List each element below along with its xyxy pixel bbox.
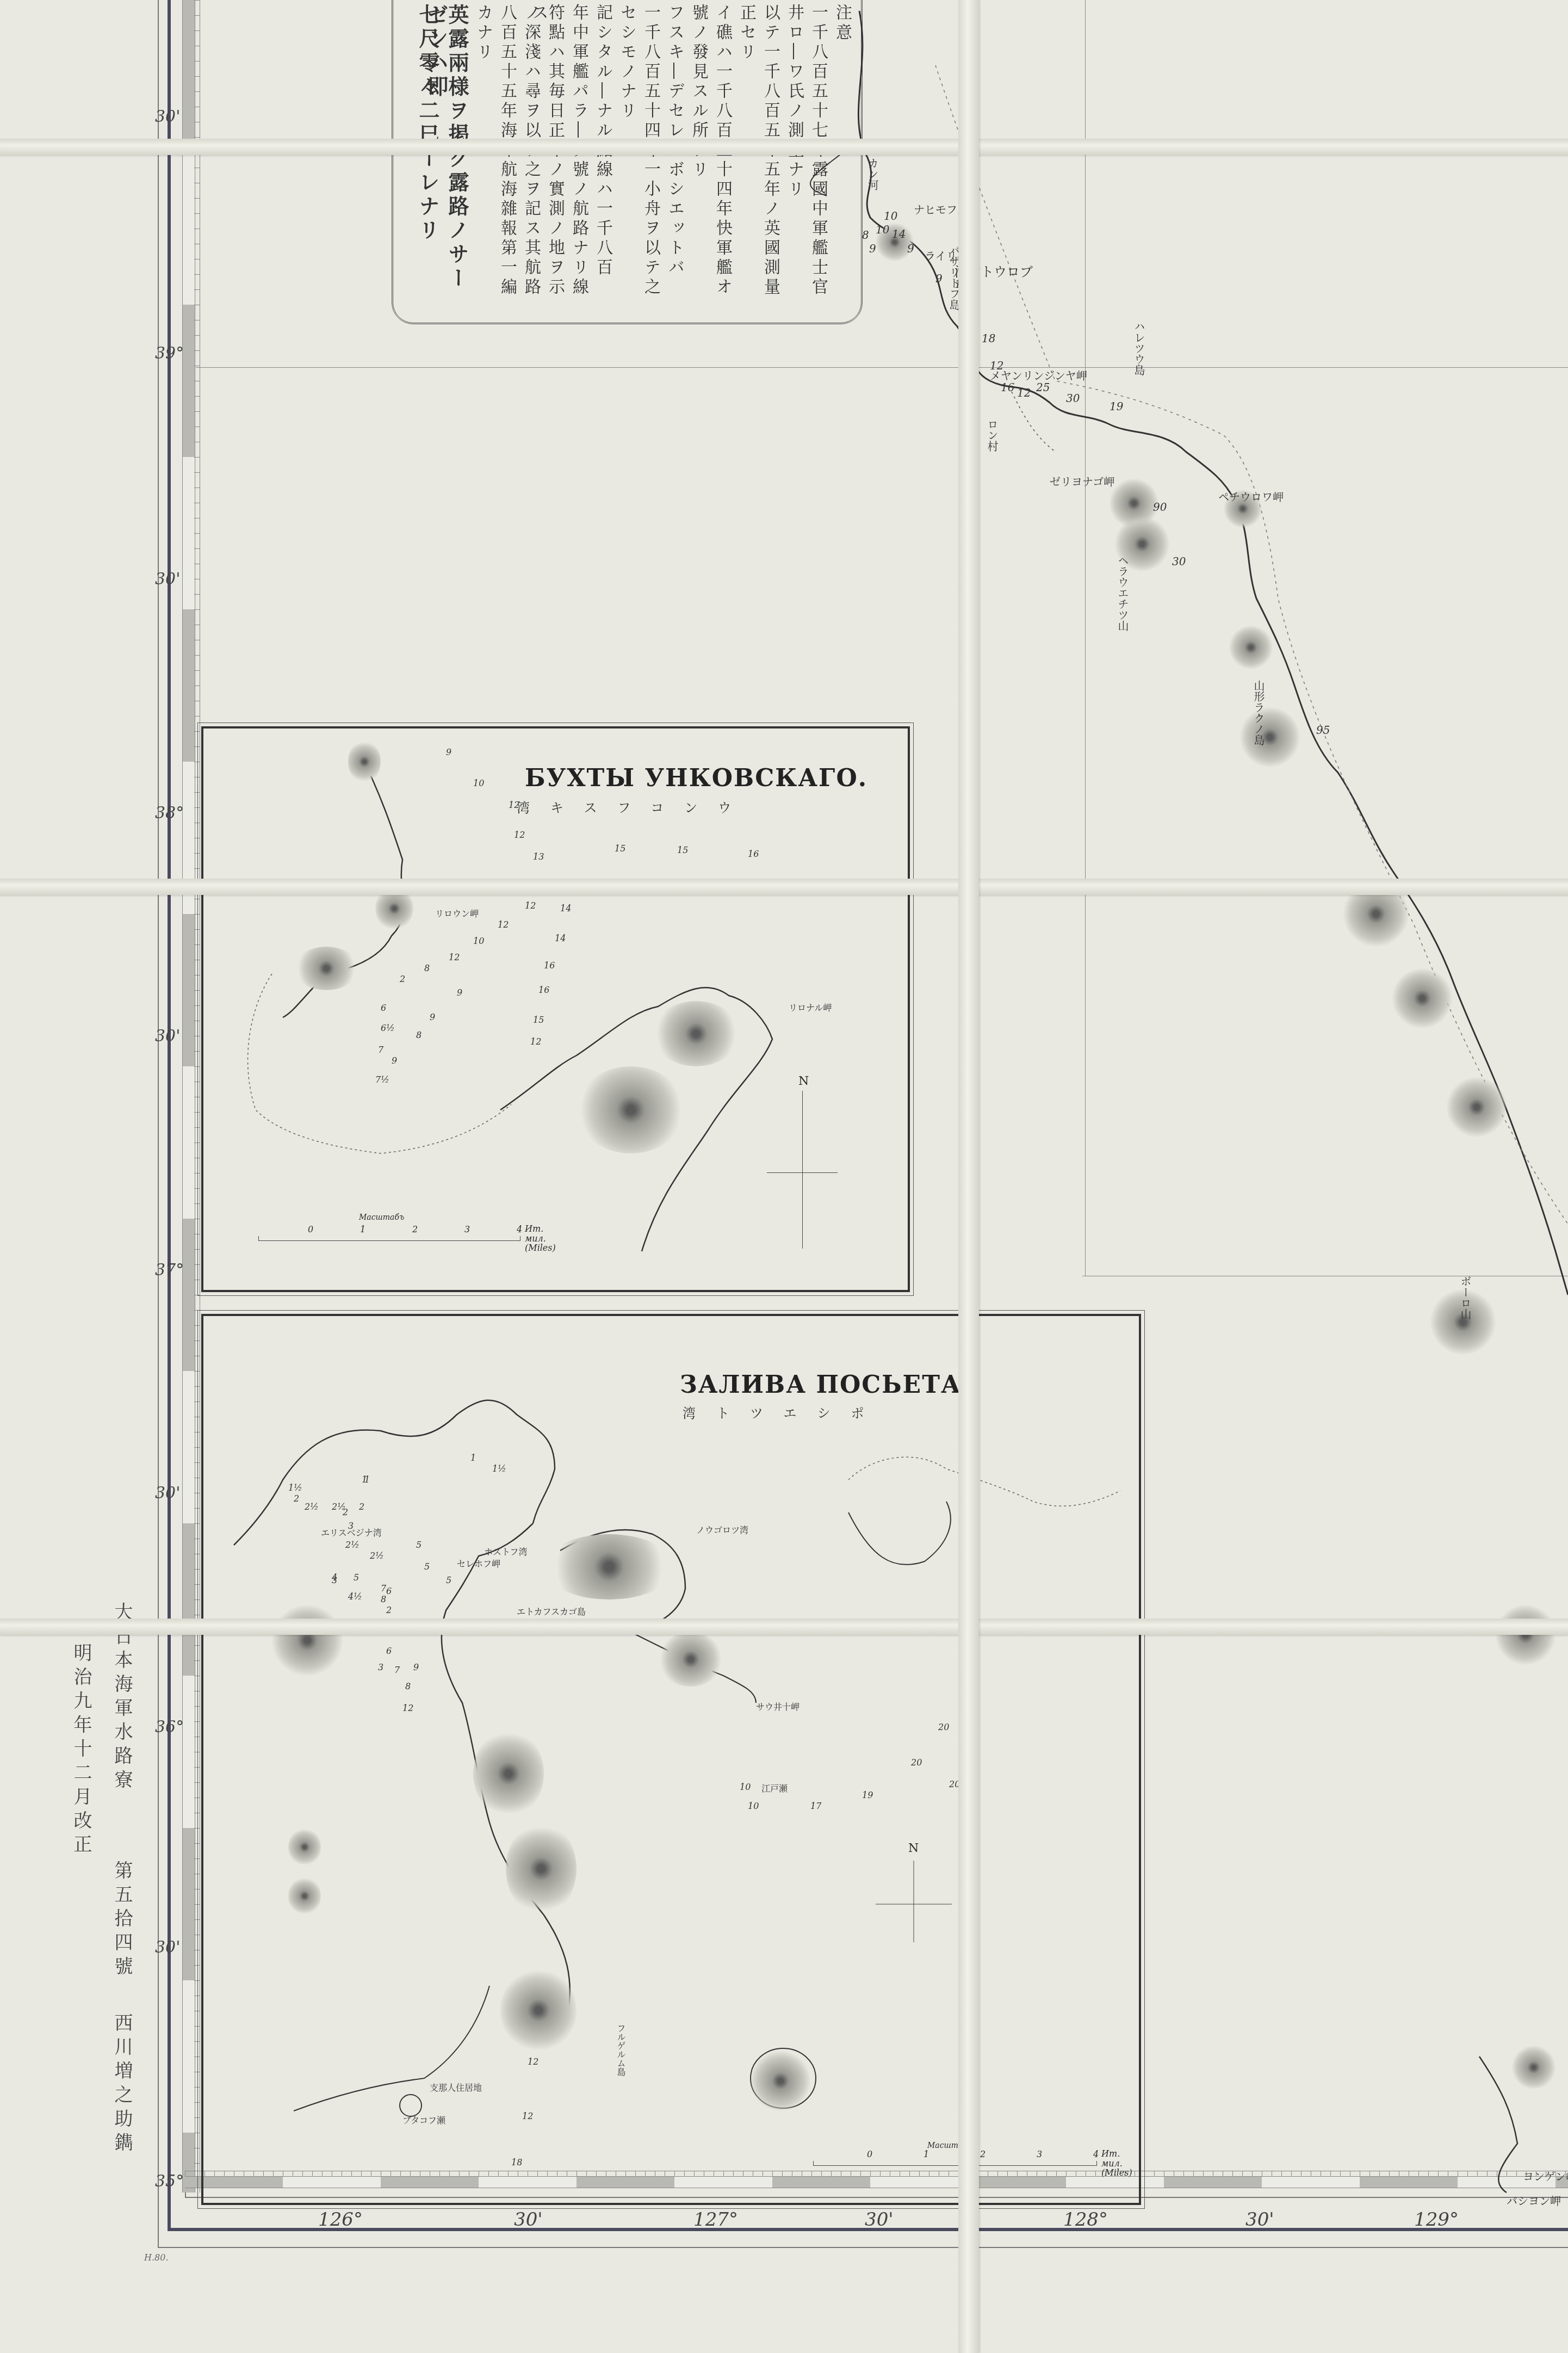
depth-sounding: 12 <box>522 2111 533 2121</box>
posyet-coastline <box>0 0 1568 2353</box>
scale-tick-label: 4 <box>1093 2149 1099 2159</box>
scale-tick-label: 0 <box>867 2149 872 2159</box>
place-name: セレホフ岬 <box>457 1557 500 1570</box>
depth-sounding: 3 <box>348 1521 354 1531</box>
furugelm-island <box>751 2051 810 2111</box>
revision-date: 明治九年十二月改正 <box>68 1643 95 1858</box>
fold-line-horizontal <box>0 879 1568 895</box>
islet <box>288 1828 321 1866</box>
depth-sounding: 10 <box>748 1801 759 1811</box>
place-name: 江戸瀬 <box>761 1782 788 1794</box>
engraver-credit: 西川増之助鐫 <box>109 2013 135 2157</box>
place-name: 支那人住居地 <box>430 2081 482 2093</box>
depth-sounding: 2 <box>343 1507 348 1517</box>
scale-tick-label: 2 <box>980 2149 986 2159</box>
depth-sounding: 20 <box>938 1722 949 1732</box>
depth-sounding: 2½ <box>370 1551 384 1561</box>
depth-sounding: 3 <box>378 1662 383 1672</box>
depth-sounding: 2½ <box>345 1540 360 1550</box>
depth-sounding: 1½ <box>492 1463 506 1474</box>
hill-shading <box>544 1534 674 1599</box>
scale-tick-label: 3 <box>1037 2149 1042 2159</box>
depth-sounding: 20 <box>911 1757 922 1768</box>
depth-sounding: 5 <box>416 1540 422 1550</box>
depth-sounding: 4 <box>332 1572 337 1583</box>
inset-posyet-compass: N <box>908 1842 919 1855</box>
depth-sounding: 2 <box>386 1605 392 1615</box>
depth-sounding: 8 <box>405 1681 411 1691</box>
scale-bar <box>813 2161 1097 2166</box>
corner-mark: H.80. <box>144 2252 168 2263</box>
depth-sounding: 1 <box>470 1453 476 1463</box>
fold-line-horizontal <box>0 139 1568 155</box>
depth-sounding: 6 <box>386 1646 392 1656</box>
islet <box>288 1877 321 1915</box>
fold-line-horizontal <box>0 1619 1568 1635</box>
depth-sounding: 7 <box>381 1583 386 1594</box>
place-name: サウ井十岬 <box>756 1700 800 1713</box>
inset-posyet-scale: Масштабъ 01234 Ит. мил. (Miles) <box>813 2149 1097 2166</box>
chart-number: 第五拾四號 <box>109 1861 135 1980</box>
depth-sounding: 2 <box>359 1502 364 1512</box>
depth-sounding: 8 <box>381 1594 386 1604</box>
depth-sounding: 12 <box>528 2056 538 2067</box>
hill-shading <box>658 1632 723 1687</box>
depth-sounding: 5 <box>424 1561 430 1572</box>
hill-shading <box>473 1730 544 1817</box>
hill-shading <box>500 1969 577 2051</box>
place-name: ノウゴロツ湾 <box>696 1523 748 1536</box>
depth-sounding: 1½ <box>288 1483 302 1493</box>
place-name: ブタコフ瀬 <box>402 2114 445 2126</box>
place-name: ホストフ湾 <box>484 1545 528 1558</box>
depth-sounding: 4½ <box>348 1591 362 1602</box>
depth-sounding: 1 <box>362 1474 367 1485</box>
depth-sounding: 2 <box>294 1493 299 1504</box>
depth-sounding: 2½ <box>305 1502 319 1512</box>
depth-sounding: 18 <box>511 2157 522 2167</box>
scale-tick-label: 1 <box>924 2149 929 2159</box>
depth-sounding: 19 <box>862 1790 873 1800</box>
depth-sounding: 6 <box>386 1586 392 1596</box>
hill-shading <box>506 1823 577 1915</box>
depth-sounding: 17 <box>810 1801 821 1811</box>
depth-sounding: 10 <box>740 1782 751 1792</box>
depth-sounding: 5 <box>354 1572 359 1583</box>
scale-unit: Ит. мил. (Miles) <box>1101 2149 1132 2178</box>
depth-sounding: 7 <box>394 1665 400 1675</box>
fold-line-vertical <box>958 0 979 2353</box>
place-name: フルゲルム島 <box>615 2024 627 2076</box>
depth-sounding: 12 <box>402 1703 413 1713</box>
place-name: エトカフスカゴ島 <box>517 1605 586 1617</box>
depth-sounding: 9 <box>413 1662 419 1672</box>
depth-sounding: 5 <box>446 1575 451 1585</box>
hill-shading <box>272 1605 343 1676</box>
